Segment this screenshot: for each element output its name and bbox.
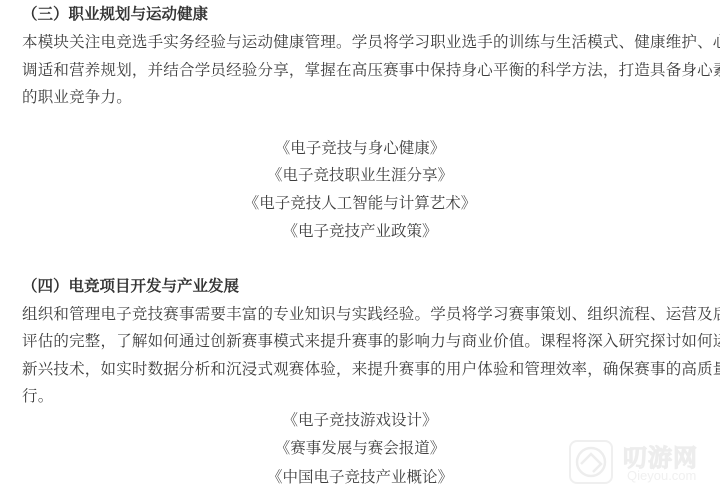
section-heading: （三）职业规划与运动健康 bbox=[22, 4, 208, 24]
section-heading: （四）电竞项目开发与产业发展 bbox=[22, 276, 239, 296]
article-page: （三）职业规划与运动健康 本模块关注电竞选手实务经验与运动健康管理。学员将学习职… bbox=[0, 0, 720, 492]
book-title: 《电子竞技与身心健康》 bbox=[0, 138, 720, 158]
paragraph-line: 本模块关注电竞选手实务经验与运动健康管理。学员将学习职业选手的训练与生活模式、健… bbox=[22, 32, 720, 52]
book-title: 《赛事发展与赛会报道》 bbox=[0, 438, 720, 458]
book-title: 《电子竞技人工智能与计算艺术》 bbox=[0, 193, 720, 213]
book-title: 《电子竞技游戏设计》 bbox=[0, 410, 720, 430]
paragraph-line: 行。 bbox=[22, 386, 53, 406]
paragraph-line: 组织和管理电子竞技赛事需要丰富的专业知识与实践经验。学员将学习赛事策划、组织流程… bbox=[22, 304, 720, 324]
paragraph-line: 调适和营养规划，并结合学员经验分享，掌握在高压赛事中保持身心平衡的科学方法，打造… bbox=[22, 60, 720, 80]
paragraph-line: 评估的完整，了解如何通过创新赛事模式来提升赛事的影响力与商业价值。课程将深入研究… bbox=[22, 331, 720, 351]
paragraph-line: 的职业竞争力。 bbox=[22, 87, 132, 107]
book-title: 《电子竞技产业政策》 bbox=[0, 221, 720, 241]
book-title: 《中国电子竞技产业概论》 bbox=[0, 467, 720, 487]
book-title: 《电子竞技职业生涯分享》 bbox=[0, 165, 720, 185]
paragraph-line: 新兴技术，如实时数据分析和沉浸式观赛体验，来提升赛事的用户体验和管理效率，确保赛… bbox=[22, 359, 720, 379]
